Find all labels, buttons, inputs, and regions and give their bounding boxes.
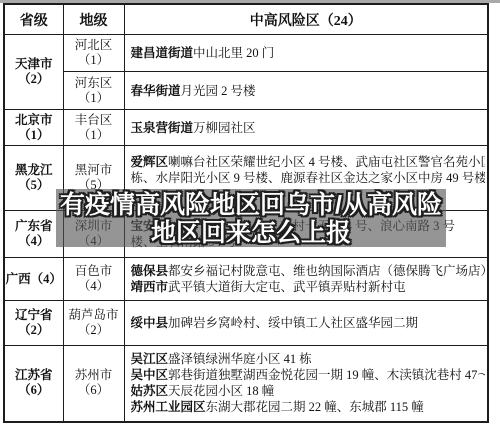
city-cell: 丰台区（1） <box>63 110 124 146</box>
cell-line: （1） <box>64 128 124 143</box>
watermark-line-1: 有疫情高风险地区回乌市/从高风险 <box>56 190 446 220</box>
risk-area-line: 春华街道月光园 2 号楼 <box>131 83 486 99</box>
table-row: 北京市（1）丰台区（1）玉泉营街道万柳园社区 <box>4 110 488 146</box>
risk-area-text: 盛泽镇绿洲华庭小区 41 栋 <box>168 352 312 366</box>
risk-area-cell: 玉泉营街道万柳园社区 <box>124 110 488 146</box>
risk-area-cell: 吴江区盛泽镇绿洲华庭小区 41 栋吴中区郭巷街道独墅湖西金悦花园一期 19 幢、… <box>124 346 488 422</box>
risk-area-cell: 绥中县加碑岩乡窝岭村、绥中镇工人社区盛华园二期 <box>124 301 488 346</box>
table-row: 天津市（2）河北区（1）建昌道街道中山北里 20 门 <box>4 35 488 72</box>
risk-area-text: 加碑岩乡窝岭村、绥中镇工人社区盛华园二期 <box>168 316 418 330</box>
cell-line: （6） <box>64 383 124 398</box>
header-risk-areas: 中高风险区（24） <box>124 4 488 35</box>
risk-area-line: 吴江区盛泽镇绿洲华庭小区 41 栋 <box>131 351 486 367</box>
province-cell: 广西（4） <box>4 258 63 301</box>
risk-area-cell: 德保县都安乡福记村陇意屯、维也纳国际酒店（德保腾飞广场店）靖西市武平镇大道街大定… <box>124 258 488 301</box>
cell-line: 河北区 <box>64 38 124 53</box>
district-name-bold: 吴中区 <box>131 368 169 382</box>
district-name-bold: 玉泉营街道 <box>131 121 194 135</box>
cell-line: （2） <box>5 72 63 87</box>
header-province: 省级 <box>4 4 63 35</box>
risk-area-line: 姑苏区天辰花园小区 18 幢 <box>131 383 486 399</box>
risk-area-line: 绥中县加碑岩乡窝岭村、绥中镇工人社区盛华园二期 <box>131 315 486 331</box>
risk-area-cell: 建昌道街道中山北里 20 门 <box>124 35 488 72</box>
cell-line: （1） <box>5 128 63 143</box>
header-city: 地级 <box>63 4 124 35</box>
cell-line: （2） <box>5 323 63 338</box>
cell-line: 江苏省 <box>5 368 63 383</box>
cell-line: 广西（4） <box>5 272 63 287</box>
risk-area-line: 爱辉区喇嘛台社区荣耀世纪小区 4 号楼、武庙屯社区警官名苑小区 B <box>131 154 486 170</box>
province-cell: 黑龙江（5） <box>4 146 63 211</box>
table-row: 辽宁省（2）葫芦岛市（2）绥中县加碑岩乡窝岭村、绥中镇工人社区盛华园二期 <box>4 301 488 346</box>
cell-line: 百色市 <box>64 264 124 279</box>
cell-line: 河东区 <box>64 76 124 91</box>
cell-line: 苏州市 <box>64 368 124 383</box>
province-cell: 辽宁省（2） <box>4 301 63 346</box>
cell-line: （4） <box>5 234 63 249</box>
risk-area-text: 郭巷街道独墅湖西金悦花园一期 19 幢、木渎镇沈巷村 47～69 号 <box>168 368 485 382</box>
cell-line: （1） <box>64 91 124 106</box>
risk-area-text: 喇嘛台社区荣耀世纪小区 4 号楼、武庙屯社区警官名苑小区 B <box>168 155 485 169</box>
risk-area-line: 靖西市武平镇大道街大定屯、武平镇弄贴村新村屯 <box>131 279 486 295</box>
risk-area-line: 玉泉营街道万柳园社区 <box>131 120 486 136</box>
risk-area-cell: 春华街道月光园 2 号楼 <box>124 72 488 110</box>
risk-area-line: 吴中区郭巷街道独墅湖西金悦花园一期 19 幢、木渎镇沈巷村 47～69 号 <box>131 367 486 383</box>
district-name-bold: 靖西市 <box>131 280 169 294</box>
table-header-row: 省级 地级 中高风险区（24） <box>4 4 488 35</box>
city-cell: 河东区（1） <box>63 72 124 110</box>
risk-area-text: 中山北里 20 门 <box>193 46 274 60</box>
district-name-bold: 姑苏区 <box>131 384 169 398</box>
district-name-bold: 苏州工业园区 <box>131 400 206 414</box>
city-cell: 苏州市（6） <box>63 346 124 422</box>
province-cell: 江苏省（6） <box>4 346 63 422</box>
risk-area-text: 武平镇大道街大定屯、武平镇弄贴村新村屯 <box>168 280 406 294</box>
city-cell: 河北区（1） <box>63 35 124 72</box>
cell-line: 葫芦岛市 <box>64 308 124 323</box>
risk-area-line: 栋、水岸阳光小区 9 号楼、鹿源春社区金达之家小区中房 49 号楼、 <box>131 170 486 186</box>
risk-area-text: 月光园 2 号楼 <box>181 84 256 98</box>
city-cell: 葫芦岛市（2） <box>63 301 124 346</box>
risk-area-text: 万柳园社区 <box>193 121 256 135</box>
cell-line: （5） <box>5 178 63 193</box>
province-cell: 广东省（4） <box>4 211 63 258</box>
district-name-bold: 德保县 <box>131 264 169 278</box>
risk-area-text: 栋、水岸阳光小区 9 号楼、鹿源春社区金达之家小区中房 49 号楼、 <box>131 171 486 185</box>
cell-line: （6） <box>5 383 63 398</box>
cell-line: 黑河市 <box>64 163 124 178</box>
risk-area-text: 天辰花园小区 18 幢 <box>168 384 274 398</box>
cell-line: 广东省 <box>5 219 63 234</box>
district-name-bold: 春华街道 <box>131 84 181 98</box>
cell-line: 黑龙江 <box>5 163 63 178</box>
district-name-bold: 建昌道街道 <box>131 46 194 60</box>
risk-area-line: 建昌道街道中山北里 20 门 <box>131 45 486 61</box>
cell-line: 丰台区 <box>64 113 124 128</box>
cell-line: 天津市 <box>5 57 63 72</box>
cell-line: （1） <box>64 53 124 68</box>
watermark-banner: 有疫情高风险地区回乌市/从高风险 地区回来怎么上报 <box>56 189 446 247</box>
table-row: 江苏省（6）苏州市（6）吴江区盛泽镇绿洲华庭小区 41 栋吴中区郭巷街道独墅湖西… <box>4 346 488 422</box>
risk-area-line: 苏州工业园区东湖大郡花园二期 22 幢、东城郡 115 幢 <box>131 399 486 415</box>
table-row: 河东区（1）春华街道月光园 2 号楼 <box>4 72 488 110</box>
cell-line: （4） <box>64 279 124 294</box>
district-name-bold: 爱辉区 <box>131 155 169 169</box>
district-name-bold: 吴江区 <box>131 352 169 366</box>
city-cell: 百色市（4） <box>63 258 124 301</box>
watermark-line-2: 地区回来怎么上报 <box>56 220 446 247</box>
risk-area-line: 德保县都安乡福记村陇意屯、维也纳国际酒店（德保腾飞广场店） <box>131 263 486 279</box>
risk-area-text: 东湖大郡花园二期 22 幢、东城郡 115 幢 <box>206 400 424 414</box>
province-cell: 天津市（2） <box>4 35 63 110</box>
cell-line: 北京市 <box>5 113 63 128</box>
cell-line: （2） <box>64 323 124 338</box>
cell-line: 辽宁省 <box>5 308 63 323</box>
province-cell: 北京市（1） <box>4 110 63 146</box>
district-name-bold: 绥中县 <box>131 316 169 330</box>
table-row: 广西（4）百色市（4）德保县都安乡福记村陇意屯、维也纳国际酒店（德保腾飞广场店）… <box>4 258 488 301</box>
risk-area-text: 都安乡福记村陇意屯、维也纳国际酒店（德保腾飞广场店） <box>168 264 485 278</box>
